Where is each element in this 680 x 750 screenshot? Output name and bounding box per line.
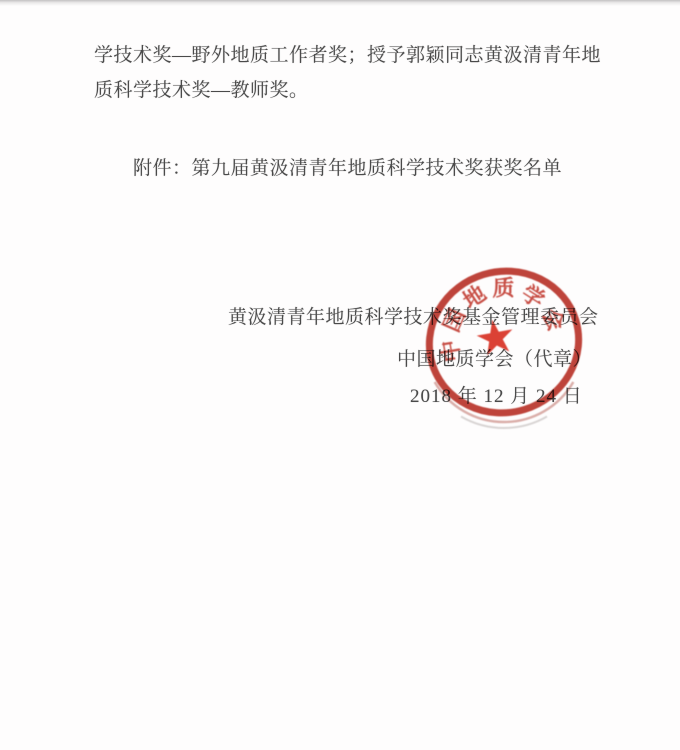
official-seal: 中 国 地 质 学 会 bbox=[415, 250, 600, 435]
seal-char-1: 中 bbox=[437, 338, 465, 364]
seal-char-6: 会 bbox=[537, 304, 569, 334]
document-page: 学技术奖—野外地质工作者奖；授予郭颖同志黄汲清青年地 质科学技术奖—教师奖。 附… bbox=[0, 0, 680, 750]
seal-star-icon bbox=[474, 316, 516, 356]
seal-char-4: 质 bbox=[492, 275, 514, 300]
scan-edge-artifact bbox=[0, 0, 680, 6]
body-text-line-2: 质科学技术奖—教师奖。 bbox=[94, 80, 309, 102]
seal-char-2: 国 bbox=[439, 305, 471, 335]
body-text-line-1: 学技术奖—野外地质工作者奖；授予郭颖同志黄汲清青年地 bbox=[94, 45, 601, 67]
attachment-line: 附件：第九届黄汲清青年地质科学技术奖获奖名单 bbox=[133, 158, 562, 180]
